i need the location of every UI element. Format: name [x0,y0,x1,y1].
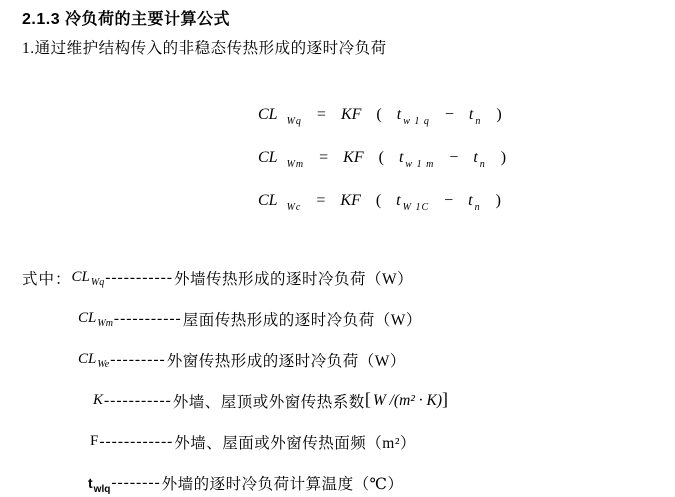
formula-coefficient: KF [341,106,361,124]
definition-text: 外窗传热形成的逐时冷负荷（W） [167,349,406,371]
equals-sign: = [317,106,326,124]
dash-leader: -------- [111,474,160,492]
formula-term-1: tW 1C [396,192,429,210]
formula-lhs-subscript: Wq [287,116,302,127]
definition-row-clwe: CLWe --------- 外窗传热形成的逐时冷负荷（W） [0,339,675,380]
close-paren: ) [501,149,506,167]
document-page: 2.1.3 冷负荷的主要计算公式 1.通过维护结构传入的非稳态传热形成的逐时冷负… [0,0,675,497]
section-heading: 2.1.3 冷负荷的主要计算公式 [22,6,230,29]
formula-coefficient: KF [343,149,363,167]
definitions-lead: 式中： [22,267,72,289]
formula-term-2: tn [469,106,481,124]
formula-lhs: CLWc [258,192,301,210]
minus-sign: − [445,106,454,124]
intro-line: 1.通过维护结构传入的非稳态传热形成的逐时冷负荷 [22,36,387,58]
term-1-subscript: w 1 m [405,159,434,170]
open-paren: ( [379,149,384,167]
symbol-clwq: CLWq [72,269,105,286]
formula-term-1: tw 1 q [397,106,430,124]
formula-coefficient: KF [340,192,360,210]
formula-block: CLWq = KF ( tw 1 q − tn ) CLWm = KF ( tw… [258,93,506,222]
unit-open-bracket: [ [365,389,371,410]
term-2-subscript: n [475,116,481,127]
definitions-list: 式中： CLWq ----------- 外墙传热形成的逐时冷负荷（W） CLW… [0,257,675,497]
unit-expression: W /(m² · K) [373,392,442,410]
formula-lhs-subscript: Wc [287,202,302,213]
definition-text: 屋面传热形成的逐时冷负荷（W） [183,308,422,330]
formula-row-3: CLWc = KF ( tW 1C − tn ) [258,179,506,222]
close-paren: ) [496,106,501,124]
term-2-subscript: n [480,159,486,170]
equals-sign: = [319,149,328,167]
dash-leader: ----------- [105,269,173,287]
formula-row-1: CLWq = KF ( tw 1 q − tn ) [258,93,506,136]
symbol-k: K [93,392,103,409]
symbol-subscript: Wm [97,318,113,329]
unit-close-bracket: ] [442,389,448,410]
term-1-subscript: W 1C [403,202,430,213]
formula-lhs: CLWq [258,106,302,124]
symbol-subscript: We [97,359,109,370]
dash-leader: --------- [110,351,165,369]
open-paren: ( [376,192,381,210]
formula-term-1: tw 1 m [399,149,434,167]
formula-row-2: CLWm = KF ( tw 1 m − tn ) [258,136,506,179]
dash-leader: ----------- [104,392,172,410]
minus-sign: − [444,192,453,210]
definition-row-clwm: CLWm ----------- 屋面传热形成的逐时冷负荷（W） [0,298,675,339]
equals-sign: = [316,192,325,210]
formula-term-2: tn [473,149,485,167]
open-paren: ( [376,106,381,124]
term-1-subscript: w 1 q [403,116,430,127]
symbol-twlq: twlq [88,475,110,491]
symbol-subscript: Wq [91,277,104,288]
definition-text: 外墙、屋顶或外窗传热系数 [173,390,365,412]
definition-text: 外墙、屋面或外窗传热面频（m²） [174,431,416,453]
definition-row-clwq: 式中： CLWq ----------- 外墙传热形成的逐时冷负荷（W） [0,257,675,298]
dash-leader: ----------- [114,310,182,328]
formula-term-2: tn [468,192,480,210]
definition-row-f: F ------------ 外墙、屋面或外窗传热面频（m²） [0,421,675,462]
close-paren: ) [496,192,501,210]
symbol-clwe: CLWe [78,351,109,368]
minus-sign: − [449,149,458,167]
term-2-subscript: n [475,202,481,213]
dash-leader: ------------ [99,433,173,451]
formula-lhs: CLWm [258,149,304,167]
symbol-clwm: CLWm [78,310,113,327]
definition-text: 外墙传热形成的逐时冷负荷（W） [174,267,413,289]
formula-lhs-subscript: Wm [287,159,305,170]
definition-row-k: K ----------- 外墙、屋顶或外窗传热系数 [ W /(m² · K)… [0,380,675,421]
definition-row-twlq: twlq -------- 外墙的逐时冷负荷计算温度（℃） [0,462,675,497]
symbol-f: F [90,433,98,450]
symbol-subscript: wlq [94,484,111,495]
definition-text: 外墙的逐时冷负荷计算温度（℃） [162,472,404,494]
